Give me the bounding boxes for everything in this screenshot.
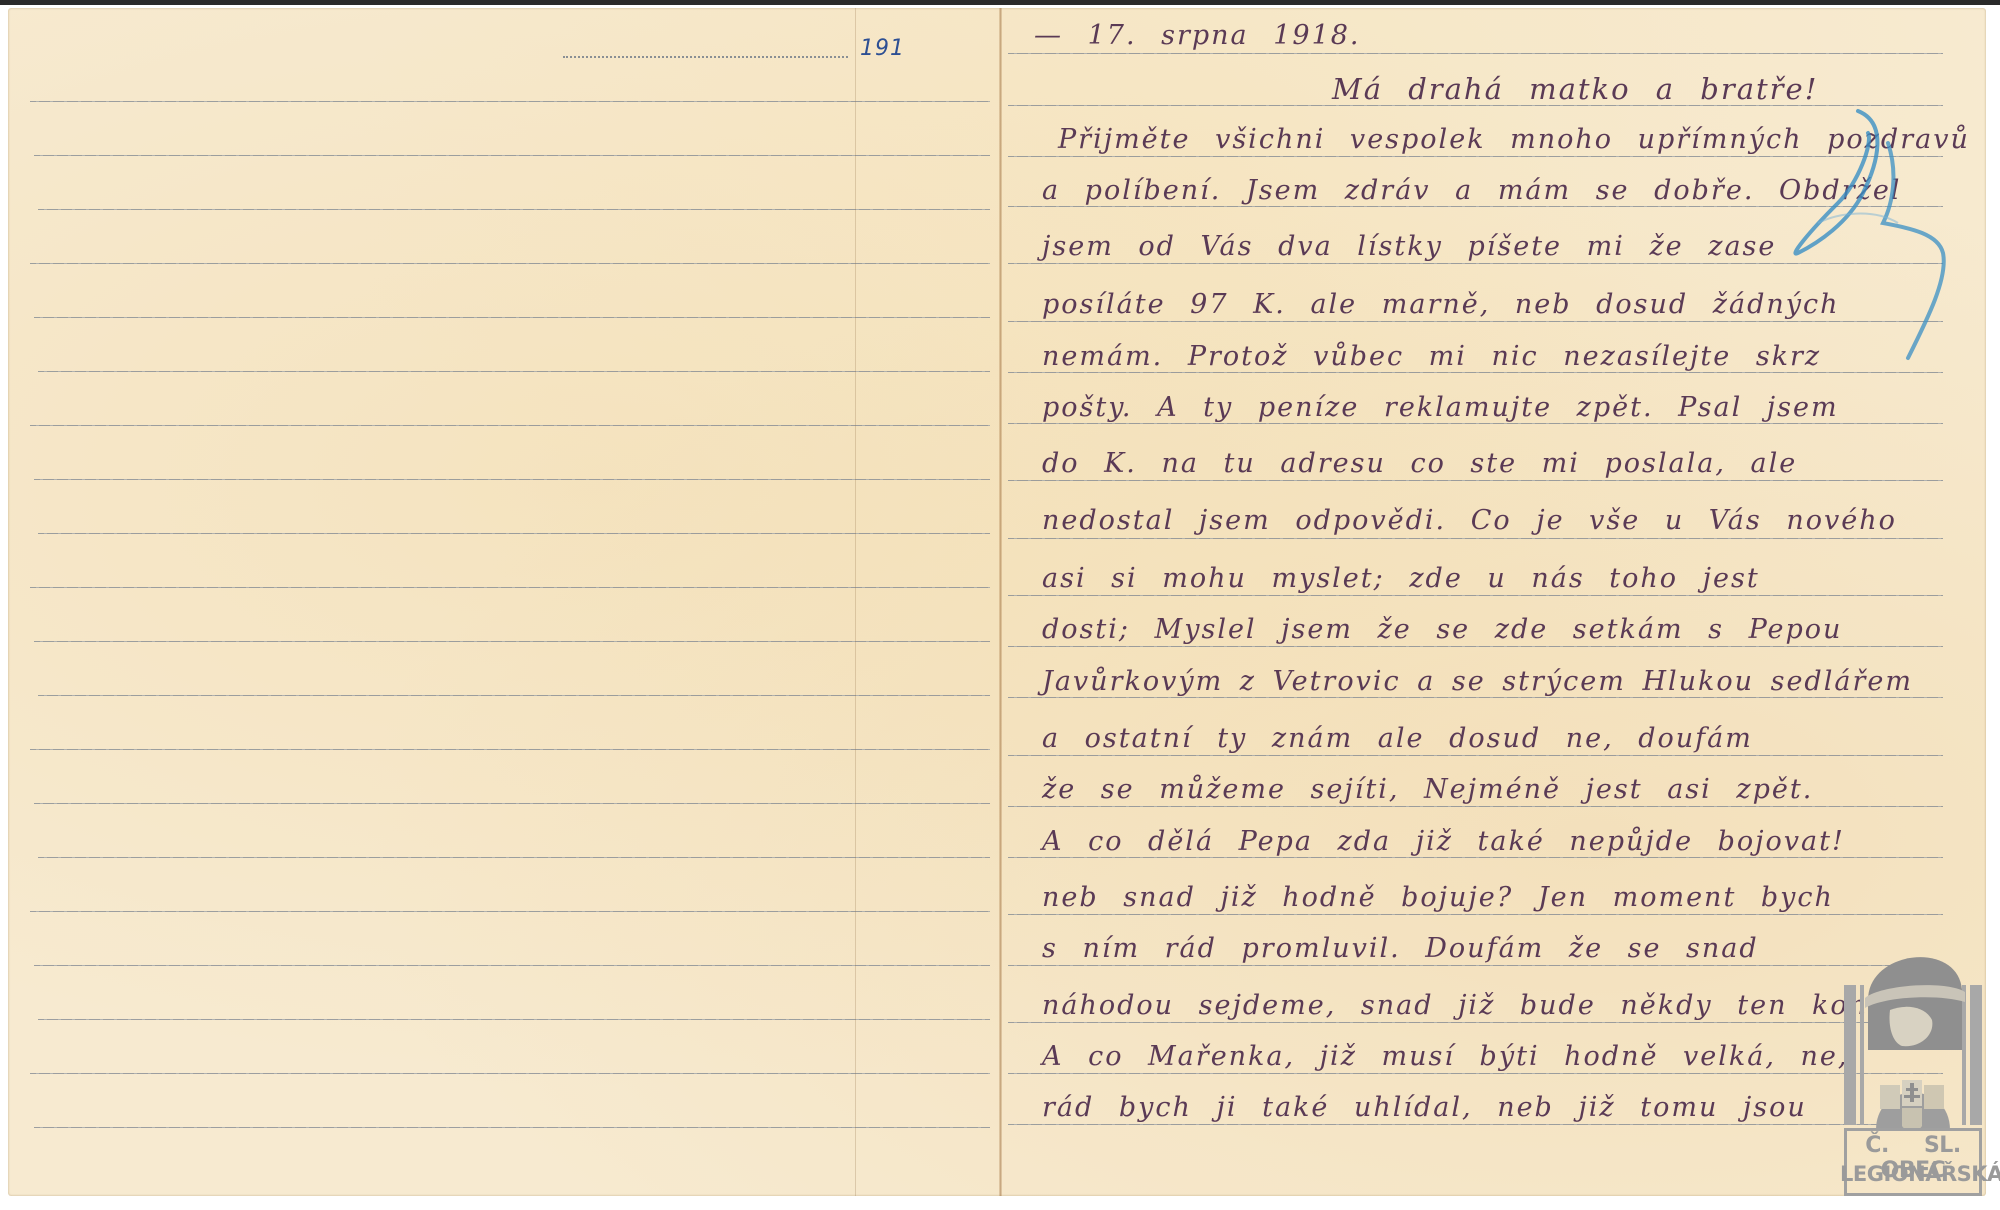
ruled-line (34, 965, 990, 966)
ruled-line (1008, 857, 1943, 858)
blue-pencil-annotation (1778, 103, 1978, 363)
letter-line: jsem od Vás dva lístky píšete mi že zase (1042, 231, 1776, 262)
ruled-line (1008, 1022, 1943, 1023)
ruled-line (1008, 965, 1943, 966)
legion-watermark-logo: Č. SL. OBEC LEGIONÁŘSKÁ (1840, 930, 1986, 1200)
ruled-line (30, 911, 990, 912)
ruled-line (1008, 1124, 1943, 1125)
letter-line: Javůrkovým z Vetrovic a se strýcem Hluko… (1042, 666, 1913, 697)
watermark-line-2: LEGIONÁŘSKÁ (1840, 1162, 1986, 1186)
ruled-line (34, 641, 990, 642)
ruled-line (1008, 372, 1943, 373)
letter-line: náhodou sejdeme, snad již bude někdy ten… (1042, 990, 1914, 1021)
ruled-line (38, 533, 990, 534)
ruled-line (30, 425, 990, 426)
ruled-line (1008, 480, 1943, 481)
ruled-line (1008, 646, 1943, 647)
letter-line: s ním rád promluvil. Doufám že se snad (1042, 933, 1759, 964)
letter-line: a ostatní ty znám ale dosud ne, doufám (1042, 723, 1753, 754)
ruled-line (38, 1019, 990, 1020)
ruled-line (30, 263, 990, 264)
ruled-line (1008, 1073, 1943, 1074)
ruled-line (1008, 538, 1943, 539)
letter-line: A co Mařenka, již musí býti hodně velká,… (1042, 1041, 1849, 1072)
page-number: 191 (860, 36, 905, 61)
ruled-line (30, 1073, 990, 1074)
legionnaire-emblem-icon (1840, 930, 1986, 1130)
ruled-line (30, 101, 990, 102)
letter-line: že se můžeme sejíti, Nejméně jest asi zp… (1042, 774, 1813, 805)
letter-line: a políbení. Jsem zdráv a mám se dobře. O… (1042, 175, 1901, 206)
letter-sheet: 191 — 17. srpna 1918. Má drahá matko a b… (8, 8, 1986, 1196)
header-dotted-line (563, 56, 848, 58)
ruled-line (1008, 595, 1943, 596)
letter-line: asi si mohu myslet; zde u nás toho jest (1042, 563, 1760, 594)
ruled-line (30, 749, 990, 750)
ruled-line (38, 371, 990, 372)
letter-line: pošty. A ty peníze reklamujte zpět. Psal… (1042, 392, 1839, 423)
ruled-line (1008, 755, 1943, 756)
letter-line: A co dělá Pepa zda již také nepůjde bojo… (1042, 826, 1845, 857)
ruled-line (1008, 806, 1943, 807)
letter-line: neb snad již hodně bojuje? Jen moment by… (1042, 882, 1834, 913)
ruled-line (34, 317, 990, 318)
left-page: 191 (8, 8, 1000, 1196)
letter-line: rád bych ji také uhlídal, neb již tomu j… (1042, 1092, 1807, 1123)
watermark-text-csl: Č. SL. (1865, 1133, 1960, 1158)
ruled-line (34, 803, 990, 804)
ruled-line (38, 209, 990, 210)
letter-line: dosti; Myslel jsem že se zde setkám s Pe… (1042, 614, 1842, 645)
letter-line: nemám. Protož vůbec mi nic nezasílejte s… (1042, 341, 1821, 372)
ruled-line (38, 857, 990, 858)
letter-date: — 17. srpna 1918. (1034, 20, 1361, 51)
ruled-line (1008, 697, 1943, 698)
ruled-line (34, 1127, 990, 1128)
ruled-line (38, 695, 990, 696)
ruled-line (1008, 914, 1943, 915)
letter-line: do K. na tu adresu co ste mi poslala, al… (1042, 448, 1797, 479)
ruled-line (30, 587, 990, 588)
letter-salutation: Má drahá matko a bratře! (1332, 72, 1818, 106)
ruled-line (34, 479, 990, 480)
letter-line: nedostal jsem odpovědi. Co je vše u Vás … (1042, 505, 1897, 536)
ruled-line (1008, 423, 1943, 424)
paper-crease (855, 8, 856, 1196)
ruled-line (34, 155, 990, 156)
scan-top-edge (0, 0, 2000, 5)
ruled-line (1008, 53, 1943, 54)
letter-line: posíláte 97 K. ale marně, neb dosud žádn… (1042, 289, 1840, 320)
